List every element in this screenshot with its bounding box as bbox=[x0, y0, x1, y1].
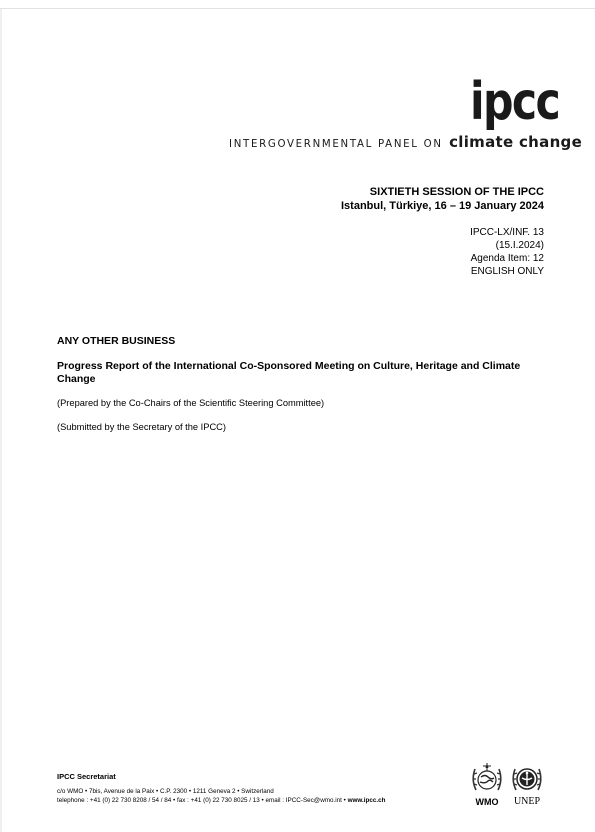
footer: IPCC Secretariat c/o WMO • 7bis, Avenue … bbox=[57, 772, 386, 805]
prepared-by: (Prepared by the Co-Chairs of the Scient… bbox=[57, 397, 547, 409]
session-title: SIXTIETH SESSION OF THE IPCC bbox=[341, 185, 544, 199]
document-body: ANY OTHER BUSINESS Progress Report of th… bbox=[57, 335, 547, 445]
wmo-emblem-icon bbox=[470, 760, 504, 796]
document-title: Progress Report of the International Co-… bbox=[57, 360, 547, 386]
tagline-caps: INTERGOVERNMENTAL PANEL ON bbox=[229, 139, 443, 150]
wmo-label: WMO bbox=[470, 797, 504, 807]
wmo-logo: WMO bbox=[470, 760, 504, 807]
top-border bbox=[0, 8, 595, 9]
tagline-climate-change: climate change bbox=[449, 133, 582, 151]
ipcc-wordmark: ipcc bbox=[470, 72, 559, 132]
ipcc-tagline: INTERGOVERNMENTAL PANEL ON climate chang… bbox=[229, 133, 582, 152]
footer-contact-text: telephone : +41 (0) 22 730 8208 / 54 / 8… bbox=[57, 797, 348, 804]
unep-logo: UNEP bbox=[508, 760, 546, 807]
session-location-date: Istanbul, Türkiye, 16 – 19 January 2024 bbox=[341, 199, 544, 213]
unep-label: UNEP bbox=[508, 797, 546, 807]
section-heading: ANY OTHER BUSINESS bbox=[57, 335, 547, 348]
unep-emblem-icon bbox=[510, 760, 544, 796]
footer-address: c/o WMO • 7bis, Avenue de la Paix • C.P.… bbox=[57, 788, 386, 797]
submitted-by: (Submitted by the Secretary of the IPCC) bbox=[57, 421, 547, 433]
language-note: ENGLISH ONLY bbox=[470, 265, 544, 278]
document-symbol: IPCC-LX/INF. 13 bbox=[470, 226, 544, 239]
agenda-item: Agenda Item: 12 bbox=[470, 252, 544, 265]
document-date: (15.I.2024) bbox=[470, 239, 544, 252]
document-info: IPCC-LX/INF. 13 (15.I.2024) Agenda Item:… bbox=[470, 226, 544, 278]
footer-secretariat: IPCC Secretariat bbox=[57, 772, 386, 781]
footer-contact: telephone : +41 (0) 22 730 8208 / 54 / 8… bbox=[57, 797, 386, 806]
session-header: SIXTIETH SESSION OF THE IPCC Istanbul, T… bbox=[341, 185, 544, 213]
footer-website-link[interactable]: www.ipcc.ch bbox=[348, 797, 386, 804]
left-border bbox=[0, 9, 2, 832]
